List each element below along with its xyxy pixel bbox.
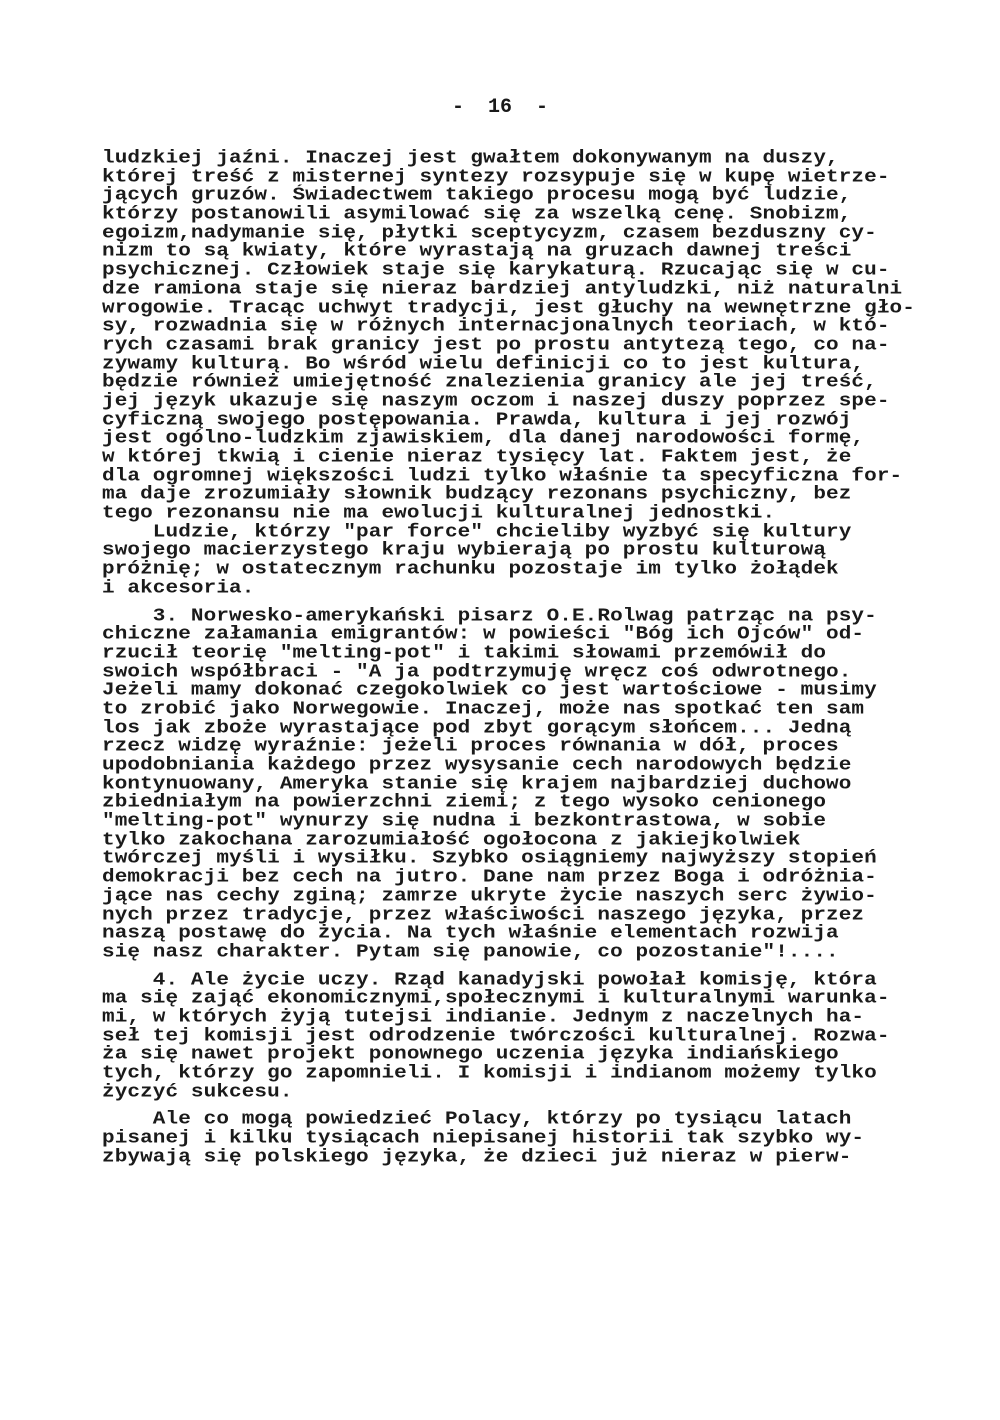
text-line: psychicznej. Człowiek staje się karykatu… [102, 263, 932, 279]
text-line: której treść z misternej syntezy rozsypu… [102, 170, 932, 186]
text-line: wrogowie. Tracąc uchwyt tradycji, jest g… [102, 301, 932, 317]
text-line: los jak zboże wyrastające pod zbyt gorąc… [102, 721, 932, 737]
text-line: dze ramiona staje się nieraz bardziej an… [102, 282, 932, 298]
text-line: tych, którzy go zapomnieli. I komisji i … [102, 1066, 932, 1082]
text-line: cyficzną swojego postępowania. Prawda, k… [102, 413, 932, 429]
paragraph-point-4: 4. Ale życie uczy. Rząd kanadyjski powoł… [102, 972, 932, 1103]
text-line: zywamy kulturą. Bo wśród wielu definicji… [102, 357, 932, 373]
text-line: nych przez tradycje, przez właściwości n… [102, 908, 932, 924]
text-line: będzie również umiejętność znalezienia g… [102, 376, 932, 392]
text-line: upodobniania każdego przez wysysanie cec… [102, 758, 932, 774]
text-line: zbiedniałym na powierzchni ziemi; z tego… [102, 796, 932, 812]
text-line: rzecz widzę wyraźnie: jeżeli proces równ… [102, 740, 932, 756]
text-line: naszą postawę do życia. Na tych właśnie … [102, 926, 932, 942]
text-line: ludzkiej jaźni. Inaczej jest gwałtem dok… [102, 151, 932, 167]
text-line: jące nas cechy zginą; zamrze ukryte życi… [102, 889, 932, 905]
text-line: jących gruzów. Świadectwem takiego proce… [102, 189, 932, 205]
text-line: zbywają się polskiego języka, że dzieci … [102, 1150, 932, 1166]
page-number: - 16 - [0, 96, 1000, 119]
text-line: sy, rozwadnia się w różnych internacjona… [102, 319, 932, 335]
text-line: 3. Norwesko-amerykański pisarz O.E.Rolwa… [102, 609, 932, 625]
text-line: kontynuowany, Ameryka stanie się krajem … [102, 777, 932, 793]
text-line: swoich współbraci - "A ja podtrzymuję wr… [102, 665, 932, 681]
text-line: którzy postanowili asymilować się za wsz… [102, 207, 932, 223]
text-line: rzucił teorię "melting-pot" i takimi sło… [102, 646, 932, 662]
text-line: egoizm,nadymanie się, płytki sceptycyzm,… [102, 226, 932, 242]
text-line: mi, w których żyją tutejsi indianie. Jed… [102, 1010, 932, 1026]
body-text: ludzkiej jaźni. Inaczej jest gwałtem dok… [102, 150, 932, 1167]
text-line: i akcesoria. [102, 581, 932, 597]
text-line: dla ogromnej większości ludzi tylko właś… [102, 469, 932, 485]
text-line: ma daje zrozumiały słownik budzący rezon… [102, 488, 932, 504]
text-line: 4. Ale życie uczy. Rząd kanadyjski powoł… [102, 973, 932, 989]
text-line: próżnię; w ostatecznym rachunku pozostaj… [102, 562, 932, 578]
text-line: ma się zająć ekonomicznymi,społecznymi i… [102, 992, 932, 1008]
paragraph-continuation: ludzkiej jaźni. Inaczej jest gwałtem dok… [102, 150, 932, 524]
text-line: to zrobić jako Norwegowie. Inaczej, może… [102, 702, 932, 718]
paragraph-ludzie: Ludzie, którzy "par force" chcieliby wyz… [102, 524, 932, 599]
text-line: seł tej komisji jest odrodzenie twórczoś… [102, 1029, 932, 1045]
text-line: jest ogólno-ludzkim zjawiskiem, dla dane… [102, 432, 932, 448]
document-page: - 16 - ludzkiej jaźni. Inaczej jest gwał… [0, 0, 1000, 1420]
text-line: tego rezonansu nie ma ewolucji kulturaln… [102, 506, 932, 522]
text-line: Ale co mogą powiedzieć Polacy, którzy po… [102, 1113, 932, 1129]
text-line: nizm to są kwiaty, które wyrastają na gr… [102, 245, 932, 261]
paragraph-point-3: 3. Norwesko-amerykański pisarz O.E.Rolwa… [102, 608, 932, 963]
text-line: twórczej myśli i wysiłku. Szybko osiągni… [102, 852, 932, 868]
text-line: Jeżeli mamy dokonać czegokolwiek co jest… [102, 684, 932, 700]
paragraph-polacy: Ale co mogą powiedzieć Polacy, którzy po… [102, 1111, 932, 1167]
text-line: tylko zakochana zarozumiałość ogołocona … [102, 833, 932, 849]
text-line: w której tkwią i cienie nieraz tysięcy l… [102, 450, 932, 466]
text-line: demokracji bez cech na jutro. Dane nam p… [102, 870, 932, 886]
text-line: pisanej i kilku tysiącach niepisanej his… [102, 1131, 932, 1147]
text-line: chiczne załamania emigrantów: w powieści… [102, 627, 932, 643]
text-line: ża się nawet projekt ponownego uczenia j… [102, 1048, 932, 1064]
text-line: rych czasami brak granicy jest po prostu… [102, 338, 932, 354]
text-line: swojego macierzystego kraju wybierają po… [102, 544, 932, 560]
text-line: jej język ukazuje się naszym oczom i nas… [102, 394, 932, 410]
text-line: Ludzie, którzy "par force" chcieliby wyz… [102, 525, 932, 541]
text-line: "melting-pot" wynurzy się nudna i bezkon… [102, 814, 932, 830]
text-line: życzyć sukcesu. [102, 1085, 932, 1101]
text-line: się nasz charakter. Pytam się panowie, c… [102, 945, 932, 961]
